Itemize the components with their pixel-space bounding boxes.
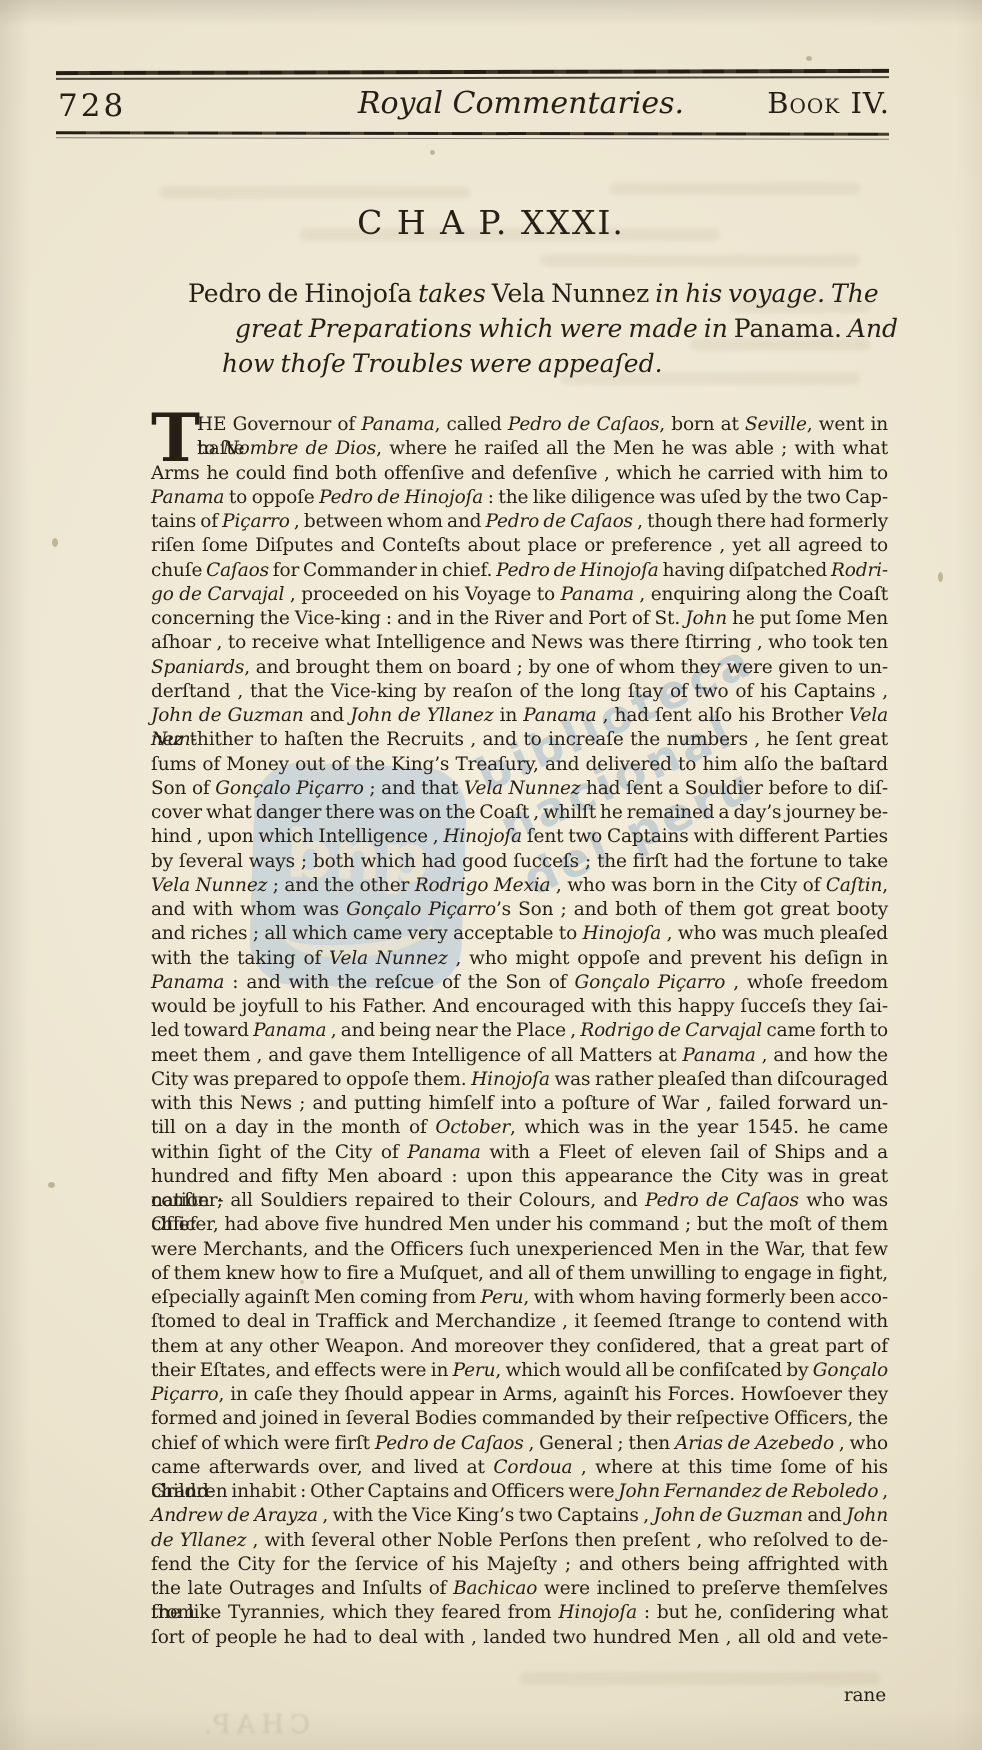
body-line: till on a day in the month of October, w… <box>151 1116 888 1140</box>
header-rule-thin <box>56 76 889 80</box>
body-line: to Nombre de Dios, where he raiſed all t… <box>151 437 888 461</box>
body-line: and with whom was Gonçalo Piçarro’s Son … <box>151 898 888 922</box>
body-line: the late Outrages and Inſults of Bachica… <box>151 1577 888 1601</box>
body-line: Officer, had above five hundred Men unde… <box>151 1213 888 1237</box>
running-title: Royal Commentaries. <box>340 86 702 121</box>
body-line: John de Guzman and John de Yllanez in Pa… <box>151 704 888 728</box>
header-rule-thick <box>56 69 889 75</box>
argument-line: Pedro de Hinojoſa takes Vela Nunnez in h… <box>188 276 878 311</box>
argument-line: great Preparations which were made in Pa… <box>188 311 878 346</box>
body-line: Andrew de Arayza , with the Vice King’s … <box>151 1504 888 1528</box>
body-line: led toward Panama , and being near the P… <box>151 1019 888 1043</box>
body-line: tains of Piçarro , between whom and Pedr… <box>151 510 888 534</box>
body-line: were Merchants, and the Officers ſuch un… <box>151 1238 888 1262</box>
body-line: derſtand , that the Vice-king by reaſon … <box>151 680 888 704</box>
body-line: Spaniards, and brought them on board ; b… <box>151 656 888 680</box>
catchword: rane <box>151 1684 888 1708</box>
body-line: children inhabit : Other Captains and Of… <box>151 1480 888 1504</box>
body-line: Son of Gonçalo Piçarro ; and that Vela N… <box>151 777 888 801</box>
chapter-heading: C H A P. XXXI. <box>0 203 982 242</box>
body-line: chuſe Caſaos for Commander in chief. Ped… <box>151 559 888 583</box>
body-line: Panama : and with the reſcue of the Son … <box>151 971 888 995</box>
chapter-argument: Pedro de Hinojoſa takes Vela Nunnez in h… <box>188 276 878 381</box>
body-line: go de Carvajal , proceeded on his Voyage… <box>151 583 888 607</box>
body-line: eſpecially againſt Men coming from Peru,… <box>151 1286 888 1310</box>
body-line: nez thither to haſten the Recruits , and… <box>151 728 888 752</box>
body-line: fend the City for the ſervice of his Maj… <box>151 1553 888 1577</box>
body-line: formed and joined in ſeveral Bodies comm… <box>151 1407 888 1431</box>
body-line: within ſight of the City of Panama with … <box>151 1141 888 1165</box>
body-line: came afterwards over, and lived at Cordo… <box>151 1456 888 1480</box>
body-line: of them knew how to fire a Muſquet, and … <box>151 1262 888 1286</box>
body-paragraph: T HE Governour of Panama, called Pedro d… <box>151 413 888 1650</box>
body-line: their Eſtates, and effects were in Peru,… <box>151 1359 888 1383</box>
foxing-speck <box>48 1182 55 1188</box>
ghost-bleed-chap: CHAP. <box>198 1710 310 1740</box>
body-line: aſhoar , to receive what Intelligence an… <box>151 631 888 655</box>
header-bottom-rule-thin <box>56 137 889 139</box>
body-line: Panama to oppoſe Pedro de Hinojoſa : the… <box>151 486 888 510</box>
body-line: de Yllanez , with ſeveral other Noble Pe… <box>151 1529 888 1553</box>
foxing-speck <box>938 572 943 582</box>
body-line: meet them , and gave them Intelligence o… <box>151 1044 888 1068</box>
body-line: with the taking of Vela Nunnez , who mig… <box>151 947 888 971</box>
foxing-speck <box>430 150 435 155</box>
foxing-speck <box>806 56 812 61</box>
body-text: T HE Governour of Panama, called Pedro d… <box>151 413 888 1708</box>
body-line: Vela Nunnez ; and the other Rodrigo Mexi… <box>151 874 888 898</box>
body-line: ſtomed to deal in Traffick and Merchandi… <box>151 1310 888 1334</box>
ghost-bleed <box>610 182 860 195</box>
argument-line: how thoſe Troubles were appeaſed. <box>188 346 878 381</box>
body-line: concerning the Vice-king : and in the Ri… <box>151 607 888 631</box>
ghost-bleed <box>540 254 860 267</box>
header-bottom-rule <box>56 131 889 135</box>
body-line: would be joyfull to his Father. And enco… <box>151 995 888 1019</box>
body-line: ſort of people he had to deal with , lan… <box>151 1626 888 1650</box>
body-line: nation ; all Souldiers repaired to their… <box>151 1189 888 1213</box>
body-line: the like Tyrannies, which they feared fr… <box>151 1601 888 1625</box>
body-line: Piçarro, in caſe they ſhould appear in A… <box>151 1383 888 1407</box>
body-line: cover what danger there was on the Coaſt… <box>151 801 888 825</box>
body-line: hundred and fifty Men aboard : upon this… <box>151 1165 888 1189</box>
body-line: Arms he could find both offenſive and de… <box>151 462 888 486</box>
drop-cap: T <box>151 413 197 460</box>
foxing-speck <box>52 538 58 547</box>
ghost-bleed <box>160 186 470 199</box>
page-number: 728 <box>58 88 126 124</box>
body-line: ſums of Money out of the King’s Treaſury… <box>151 753 888 777</box>
body-line: hind , upon which Intelligence , Hinojoſ… <box>151 825 888 849</box>
body-line: by ſeveral ways ; both which had good ſu… <box>151 850 888 874</box>
body-line: chief of which were firſt Pedro de Caſao… <box>151 1432 888 1456</box>
body-line: and riches ; all which came very accepta… <box>151 922 888 946</box>
body-line: HE Governour of Panama, called Pedro de … <box>151 413 888 437</box>
book-label: Book IV. <box>742 86 890 120</box>
body-line: them at any other Weapon. And moreover t… <box>151 1335 888 1359</box>
body-line: City was prepared to oppoſe them. Hinojo… <box>151 1068 888 1092</box>
body-line: riſen ſome Diſputes and Conteſts about p… <box>151 534 888 558</box>
book-page: bnp bibliotecanacionaldel peru 728 Royal… <box>0 0 982 1750</box>
body-line: with this News ; and putting himſelf int… <box>151 1092 888 1116</box>
